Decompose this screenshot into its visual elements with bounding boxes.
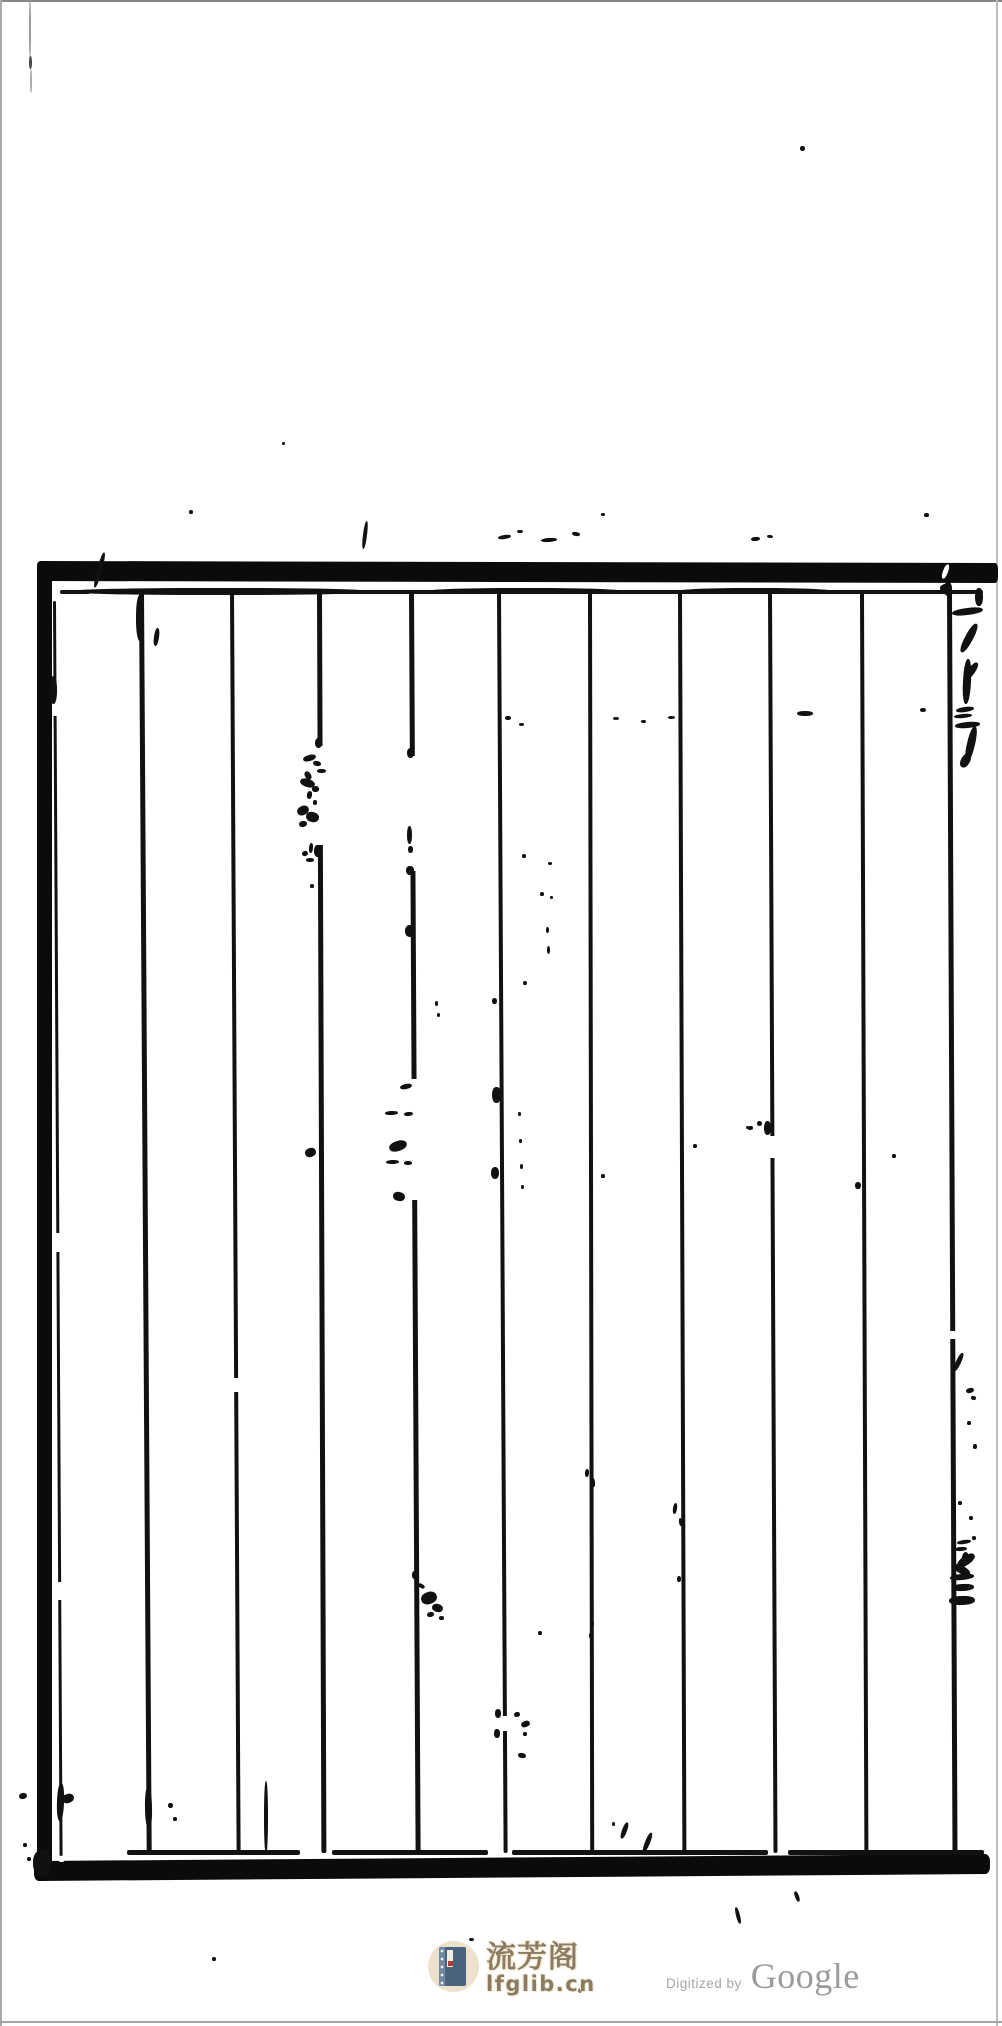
column-rule [230,592,241,1853]
ink-mark [314,845,321,857]
ink-mark [407,826,412,844]
ink-mark [437,1013,440,1017]
inner-bottom-rule-segment [127,1850,300,1855]
ink-mark [306,791,312,800]
ink-mark [521,1185,524,1189]
ink-mark [612,1822,615,1826]
ink-mark [969,1516,973,1520]
ink-mark [613,717,619,720]
ink-mark [589,1633,592,1638]
frame-bottom-border [34,1854,990,1881]
frame-top-border [38,561,998,583]
ink-mark [494,1729,500,1738]
column-rule [947,592,957,1853]
scan-edge-right [996,0,998,2026]
ink-mark [427,1611,435,1617]
ink-mark [973,1444,977,1449]
ink-mark [392,1191,406,1202]
ink-mark [797,711,813,716]
column-rule [678,592,686,1853]
ink-mark [601,1174,605,1178]
ink-mark [677,1576,681,1582]
ink-mark [855,1182,861,1189]
ink-mark [407,748,414,758]
ink-mark [299,820,308,827]
ink-mark [514,1712,521,1718]
inner-bottom-rule-segment [332,1850,488,1855]
ink-mark [430,588,620,594]
column-rule [860,592,868,1853]
ink-mark [523,981,527,985]
ink-mark [29,0,31,58]
ink-mark [540,892,544,896]
ink-mark [491,1167,499,1179]
ink-mark [958,1501,962,1505]
ink-mark [952,606,984,617]
ink-mark [547,946,550,954]
ink-mark [385,1111,398,1116]
book-icon [439,1947,466,1986]
ink-mark [958,622,980,654]
ink-mark [173,1817,177,1821]
ink-mark [212,1957,216,1961]
column-rule [588,592,594,1853]
watermark-text: 流芳阁 lfglib.cn [486,1941,596,1995]
ink-mark [492,1087,501,1103]
ink-mark [388,1138,408,1153]
ink-mark [950,1573,974,1581]
google-attribution: Digitized by Google [666,1955,860,1997]
ink-mark [306,858,314,862]
scan-edge-left [0,0,2,2026]
ink-mark [619,1822,630,1840]
ink-mark [361,521,368,549]
ink-mark [751,537,760,542]
ink-mark [546,927,549,933]
ink-mark [492,998,497,1004]
ink-mark [310,884,314,888]
ink-mark [734,1907,742,1924]
ink-mark [189,510,193,514]
ink-mark [572,531,581,536]
ink-mark [520,1720,531,1729]
ink-mark [27,1857,31,1861]
ink-mark [264,1781,268,1853]
page-scan: 流芳阁 lfglib.cn Digitized by Google [0,0,1002,2026]
column-rule [768,592,778,1853]
ink-mark [282,442,285,445]
book-binding-stitches [439,1947,445,1986]
ink-mark [965,1387,974,1394]
digitized-by-label: Digitized by [666,1976,742,1991]
ink-mark [520,1164,523,1169]
ink-mark [967,1421,971,1425]
ink-mark [136,595,144,641]
ink-mark [29,56,32,69]
ink-mark [30,69,32,93]
ink-mark [50,676,57,704]
ink-mark [315,738,322,748]
ink-mark [800,146,805,151]
ink-mark [58,1856,65,1862]
ink-mark [498,534,511,540]
ink-mark [505,716,511,720]
ink-mark [312,786,319,792]
column-rule [409,592,420,1853]
ink-mark [404,1161,412,1165]
scan-edge-top [0,0,1002,2]
ink-mark [405,925,415,937]
ink-mark [33,1850,51,1876]
ink-mark [756,1120,762,1126]
ink-mark [949,1596,975,1606]
ink-mark [522,854,526,858]
ink-mark [793,1891,801,1903]
ink-mark [592,1478,596,1487]
ink-mark [517,530,523,533]
watermark-title: 流芳阁 [486,1943,596,1973]
ink-mark [538,1631,542,1635]
watermark-url: lfglib.cn [486,1974,596,1995]
ink-mark [23,1843,27,1847]
inner-bottom-rule-segment [512,1850,768,1855]
ink-mark [641,720,646,723]
ink-mark [519,1139,522,1143]
frame-left-border [37,561,52,1878]
ink-mark [523,1732,527,1736]
ink-mark [680,588,830,594]
ink-mark [972,1536,976,1540]
ink-mark [958,752,973,769]
ink-mark [591,1621,594,1626]
ink-mark [301,850,308,857]
ink-mark [309,843,314,853]
scan-edge-bottom [0,2021,1002,2023]
ink-mark [518,1112,521,1116]
ink-mark [601,513,605,516]
ink-mark [406,866,414,875]
lfglib-watermark: 流芳阁 lfglib.cn [428,1941,596,1995]
ink-mark [153,628,160,647]
ink-mark [386,1160,399,1164]
ink-mark [668,716,675,719]
column-rule [139,592,152,1853]
ink-mark [548,862,552,865]
ink-mark [957,1539,971,1545]
ink-mark [952,1583,974,1591]
ink-mark [748,1126,754,1131]
ink-mark [975,588,983,606]
ink-mark [313,800,317,805]
ink-mark [435,1001,438,1006]
ink-mark [920,708,926,712]
ink-mark [924,513,929,517]
google-logo: Google [751,1955,860,1997]
ink-mark [956,706,975,713]
ink-mark [495,1709,501,1718]
lfglib-logo [428,1941,479,1992]
ink-mark [313,760,322,767]
ink-mark [954,713,972,719]
ink-mark [519,723,524,726]
ink-mark [317,769,326,773]
ink-mark [767,535,773,539]
ink-mark [693,1144,697,1148]
ink-mark [408,846,413,853]
column-rule [497,592,508,1853]
ink-mark [412,1571,417,1579]
seal-icon [448,1961,453,1966]
ink-mark [304,1146,317,1158]
ink-mark [971,1396,977,1401]
ink-mark [70,588,370,595]
ink-mark [439,1616,444,1620]
ink-mark [944,582,952,596]
ink-mark [892,1154,896,1158]
ink-mark [955,1547,967,1552]
ink-mark [168,1803,173,1808]
ink-mark [518,1752,527,1758]
ink-mark [400,1083,413,1090]
column-rule [53,601,63,1856]
ink-mark [550,896,553,899]
ink-mark [541,537,557,542]
column-rule [317,592,326,1853]
ink-mark [672,1503,677,1514]
ink-mark [18,1792,27,1800]
ink-mark [764,1121,771,1135]
